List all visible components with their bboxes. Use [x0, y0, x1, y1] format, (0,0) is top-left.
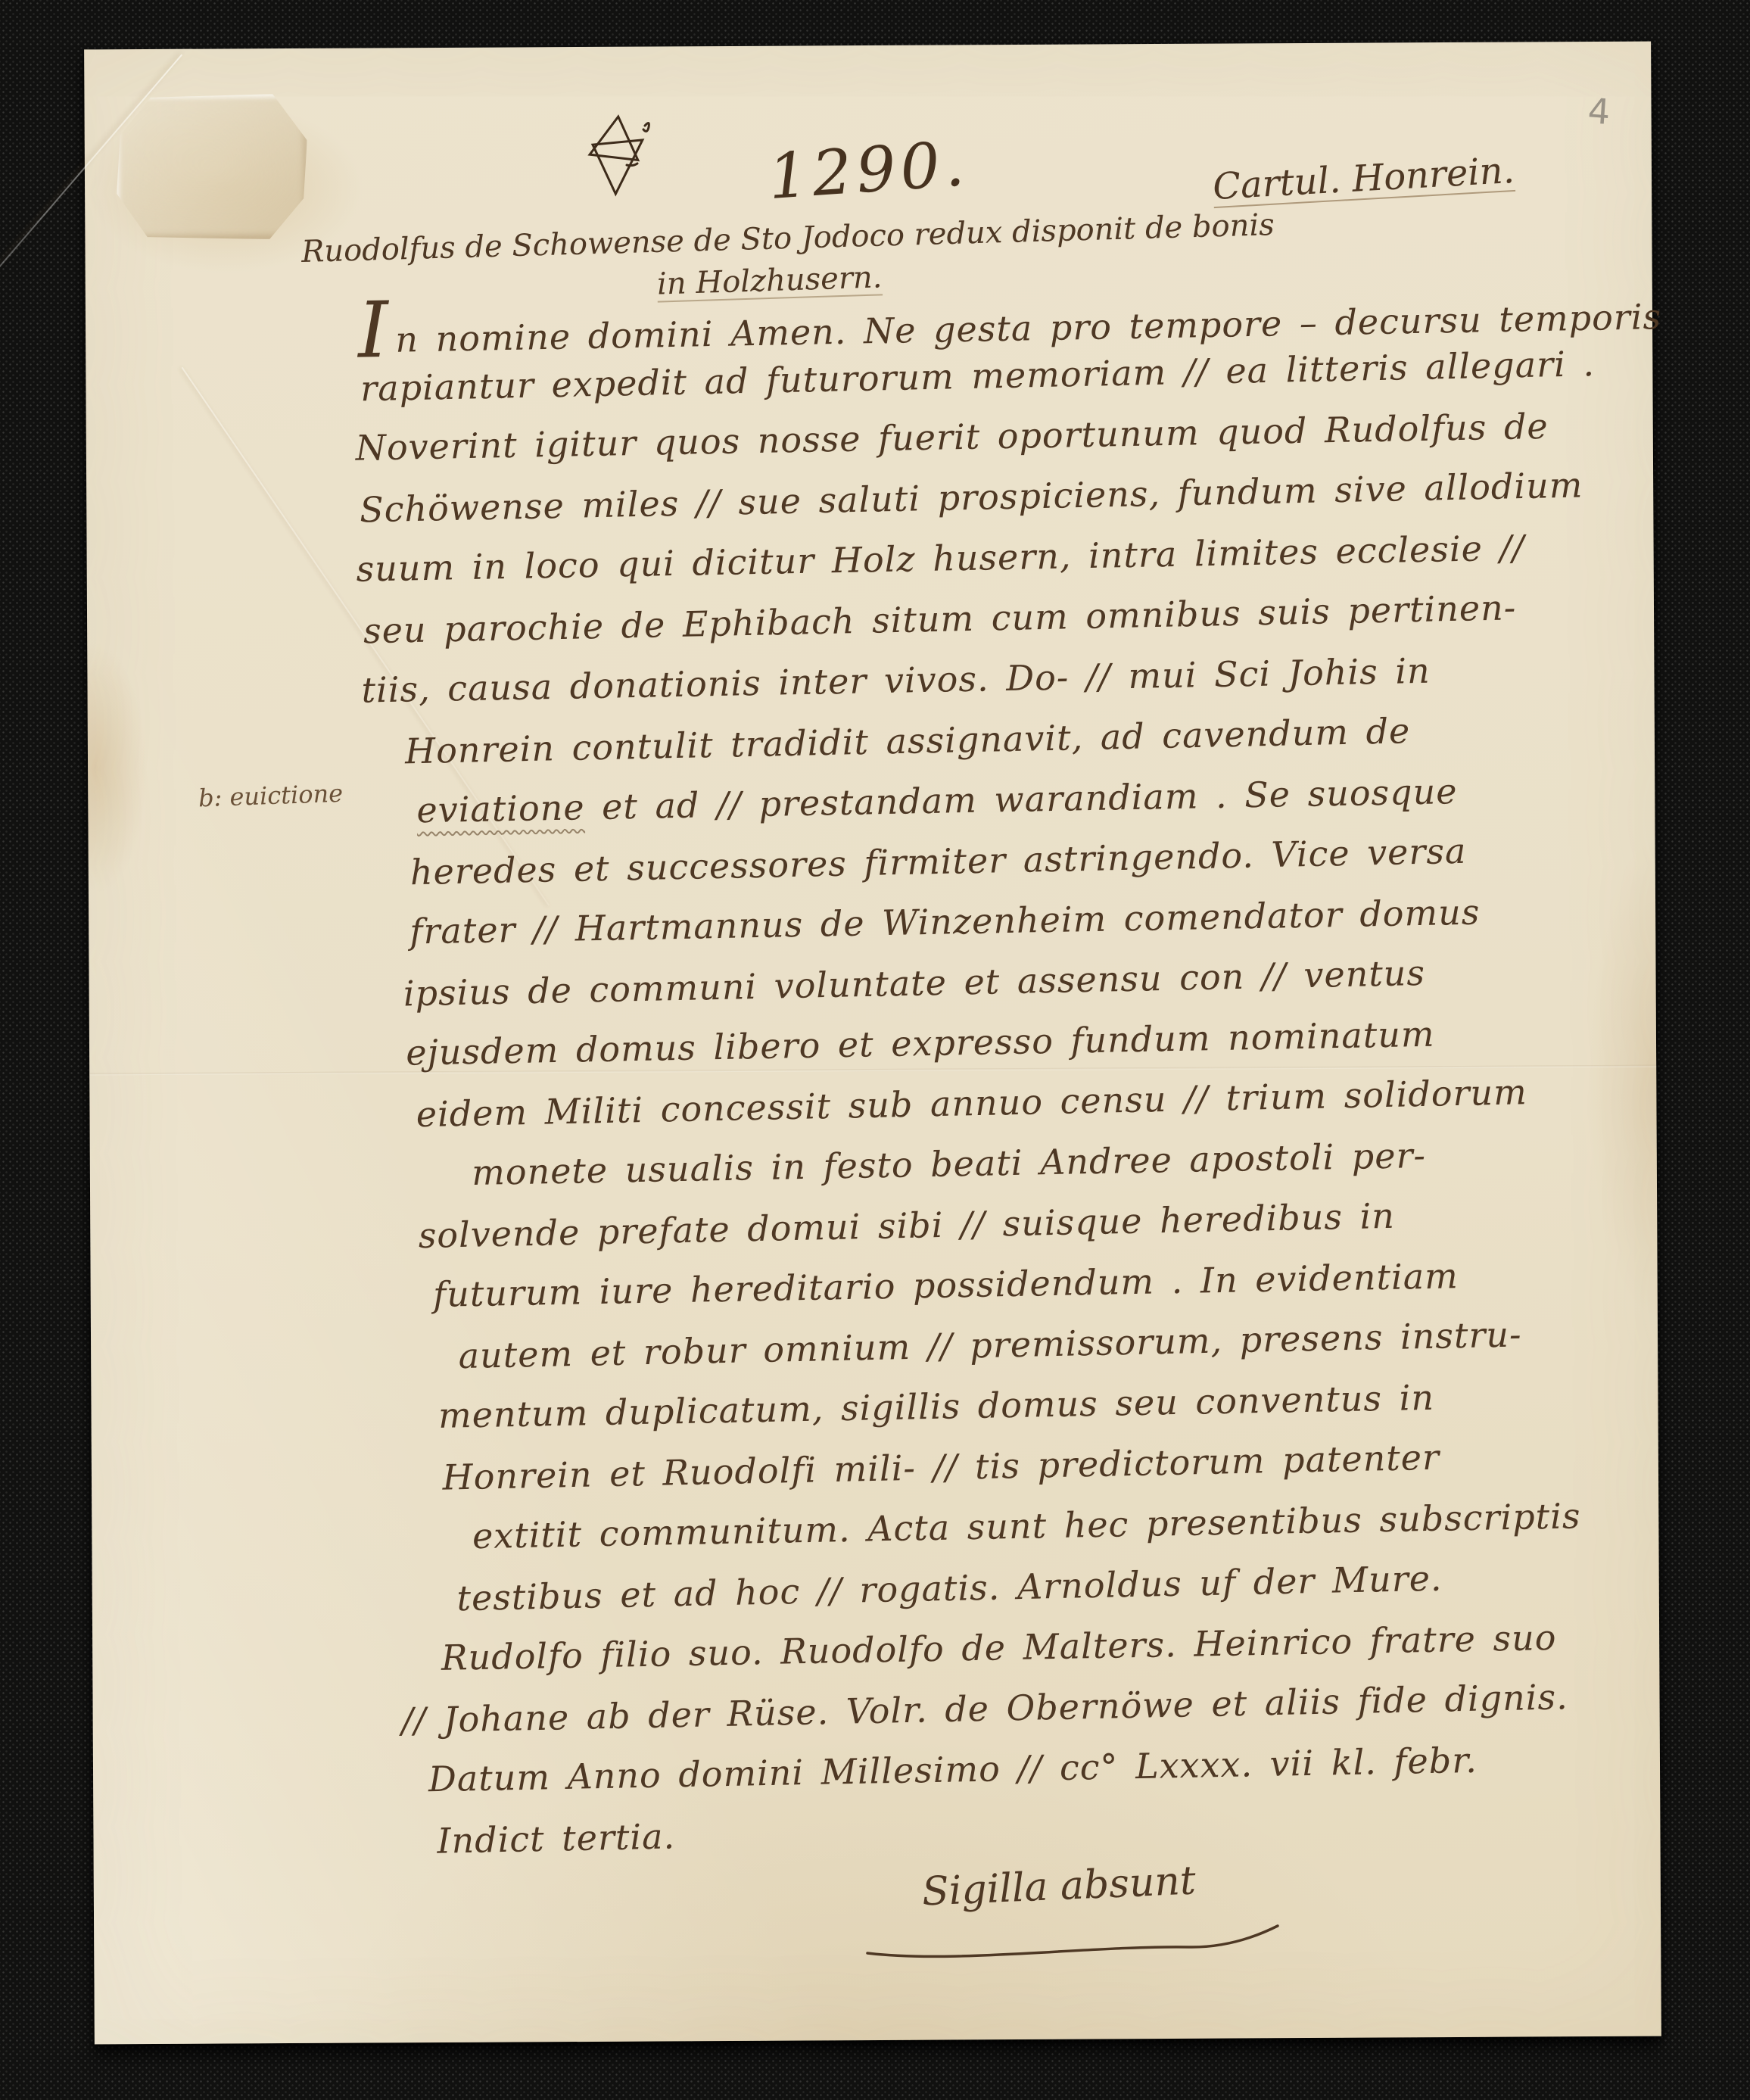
sigilla-underline-flourish [863, 1923, 1287, 1979]
pencil-page-number: 4 [1587, 90, 1611, 132]
year-heading: 1290. [766, 128, 971, 213]
embossed-stamp [116, 94, 307, 240]
line-text: et ad // prestandam warandiam . Se suosq… [584, 771, 1458, 827]
marginal-note: b: euictione [198, 779, 343, 813]
photograph-of-manuscript: 1290. Cartul. Honrein. Ruodolfus de Scho… [0, 0, 1750, 2100]
manuscript-body: In nomine domini Amen. Ne gesta pro temp… [342, 273, 1703, 1871]
star-doodle-icon [581, 112, 660, 197]
underlined-word: eviatione [416, 787, 585, 830]
